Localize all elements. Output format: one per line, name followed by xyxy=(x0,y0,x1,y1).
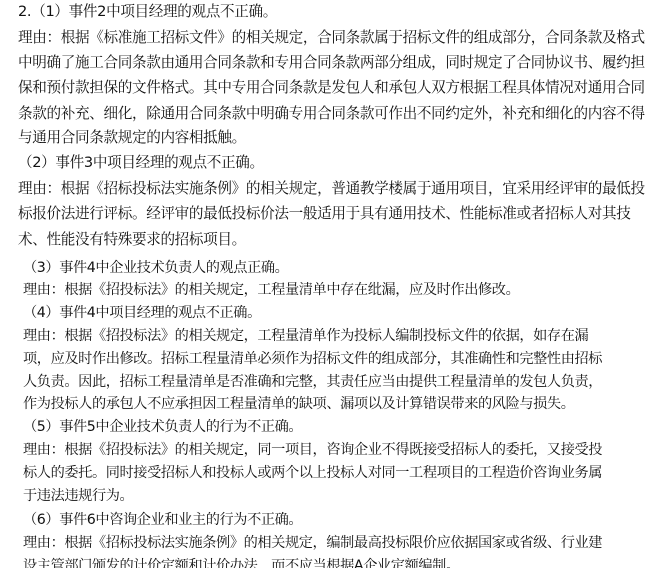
reason-line: 与通用合同条款规定的内容相抵触。 xyxy=(18,129,246,147)
answer-heading-1: 2.（1）事件2中项目经理的观点不正确。 xyxy=(18,3,277,21)
reason-line: 理由：根据《招投标法》的相关规定，工程量清单作为投标人编制投标文件的依据，如存在… xyxy=(23,327,588,345)
reason-line: 于违法违规行为。 xyxy=(23,487,133,505)
reason-line: 人负责。因此，招标工程量清单是否准确和完整，其责任应当由提供工程量清单的发包人负… xyxy=(23,373,602,391)
reason-line: 设主管部门颁发的计价定额和计价办法，而不应当根据A企业定额编制。 xyxy=(23,557,460,568)
reason-line: 标报价法进行评标。经评审的最低投标价法一般适用于具有通用技术、性能标准或者招标人… xyxy=(18,205,631,223)
reason-line: 理由：根据《招标投标法实施条例》的相关规定，普通教学楼属于通用项目，宜采用经评审… xyxy=(18,180,645,198)
answer-heading-6: （6）事件6中咨询企业和业主的行为不正确。 xyxy=(23,511,302,529)
reason-line: 作为投标人的承包人不应承担因工程量清单的缺项、漏项以及计算错误带来的风险与损失。 xyxy=(23,395,575,413)
reason-line: 理由：根据《招标投标法实施条例》的相关规定，编制最高投标限价应依据国家或省级、行… xyxy=(23,534,602,552)
reason-line: 理由：根据《标准施工招标文件》的相关规定，合同条款属于招标文件的组成部分，合同条… xyxy=(18,29,645,47)
reason-line: 理由：根据《招投标法》的相关规定，同一项目，咨询企业不得既接受招标人的委托，又接… xyxy=(23,441,602,459)
reason-line: 术、性能没有特殊要求的招标项目。 xyxy=(18,231,246,249)
reason-line: 保和预付款担保的文件格式。其中专用合同条款是发包人和承包人双方根据工程具体情况对… xyxy=(18,79,645,97)
reason-line: 理由：根据《招投标法》的相关规定，工程量清单中存在纰漏，应及时作出修改。 xyxy=(23,281,519,299)
answer-heading-3: （3）事件4中企业技术负责人的观点正确。 xyxy=(23,259,288,277)
reason-line: 条款的补充、细化，除通用合同条款中明确专用合同条款可作出不同约定外，补充和细化的… xyxy=(18,105,645,123)
reason-line: 标人的委托。同时接受招标人和投标人或两个以上投标人对同一工程项目的工程造价咨询业… xyxy=(23,464,602,482)
answer-heading-2: （2）事件3中项目经理的观点不正确。 xyxy=(18,154,264,172)
answer-heading-5: （5）事件5中企业技术负责人的行为不正确。 xyxy=(23,418,302,436)
reason-line: 项，应及时作出修改。招标工程量清单必须作为招标文件的组成部分，其准确性和完整性由… xyxy=(23,350,602,368)
answer-heading-4: （4）事件4中项目经理的观点不正确。 xyxy=(23,304,261,322)
reason-line: 中明确了施工合同条款由通用合同条款和专用合同条款两部分组成，同时规定了合同协议书… xyxy=(18,54,645,72)
